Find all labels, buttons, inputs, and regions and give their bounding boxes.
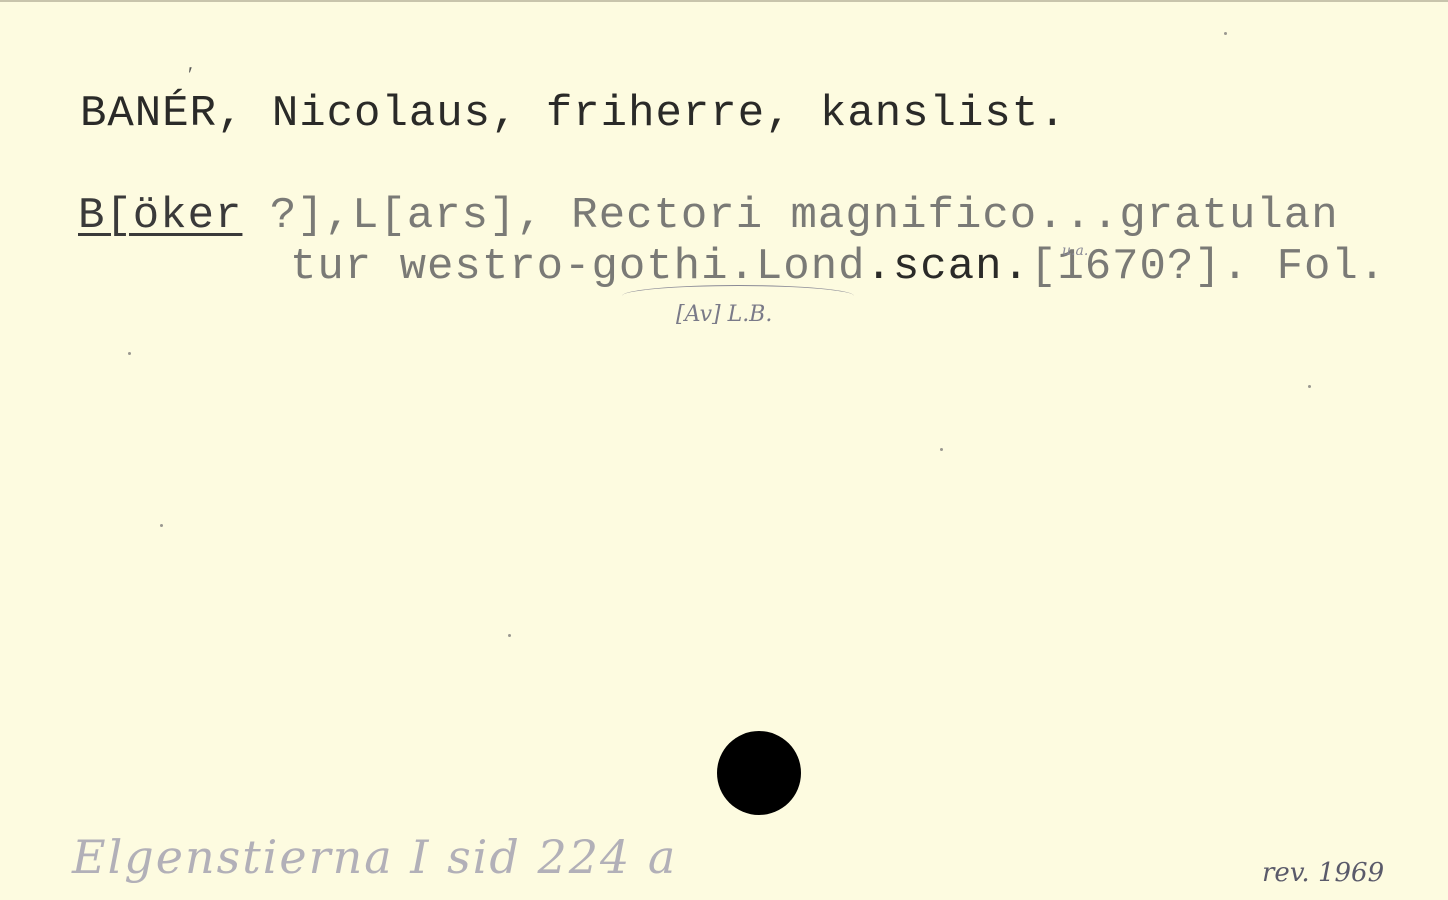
entry-line-2-part-1: tur westro- [290,242,591,292]
card-heading: BANÉR, Nicolaus, friherre, kanslist. [80,92,1067,136]
accent-mark: ʹ [188,62,193,88]
entry-line-1: B[öker ?],L[ars], Rectori magnifico...gr… [78,194,1339,238]
catalog-card: ʹ BANÉR, Nicolaus, friherre, kanslist. B… [0,0,1448,900]
paper-speck [508,634,511,637]
paper-speck [128,352,131,355]
paper-speck [1224,32,1227,35]
entry-line-2: tur westro-gothi.Lond.scan.[1670?]. Fol. [290,245,1386,289]
entry-line-2-part-3: .scan. [866,242,1030,292]
paper-speck [160,524,163,527]
entry-title-start: ?],L[ars], Rectori magnifico...gratulan [242,191,1338,241]
punch-hole [717,731,801,815]
handwritten-revision: rev. 1969 [1262,858,1384,888]
handwritten-superscript: u.a. [1062,243,1088,259]
handwritten-note: [Av] L.B. [676,302,772,327]
paper-speck [1308,385,1311,388]
handwritten-shelfmark: Elgenstierna I sid 224 a [72,830,677,884]
entry-author: B[öker [78,191,242,241]
paper-speck [940,448,943,451]
